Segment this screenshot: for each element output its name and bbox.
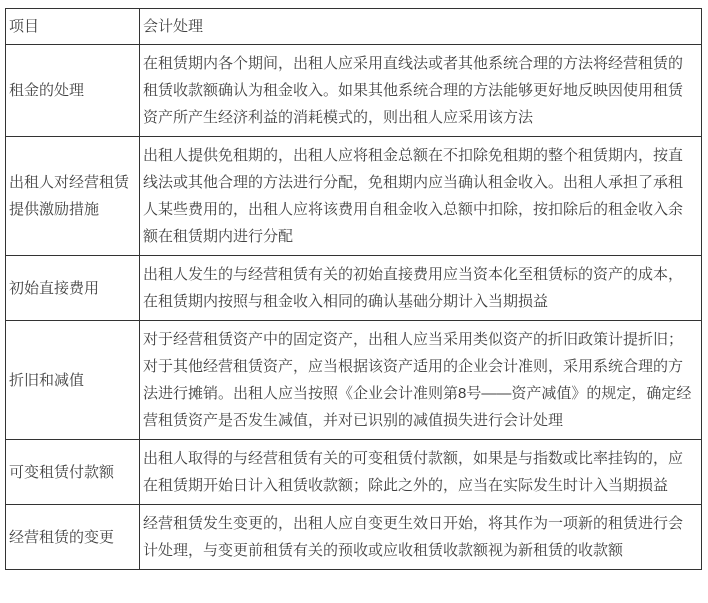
page: 项目 会计处理 租金的处理 在租赁期内各个期间，出租人应采用直线法或者其他系统合… bbox=[0, 0, 708, 603]
treatment-cell: 出租人取得的与经营租赁有关的可变租赁付款额，如果是与指数或比率挂钩的，应在租赁期… bbox=[140, 440, 702, 505]
table-row-lease-incentives: 出租人对经营租赁提供激励措施 出租人提供免租期的，出租人应将租金总额在不扣除免租… bbox=[6, 137, 702, 256]
table-row-initial-direct-costs: 初始直接费用 出租人发生的与经营租赁有关的初始直接费用应当资本化至租赁标的资产的… bbox=[6, 256, 702, 321]
treatment-cell: 对于经营租赁资产中的固定资产，出租人应当采用类似资产的折旧政策计提折旧；对于其他… bbox=[140, 321, 702, 440]
table-row-rent-treatment: 租金的处理 在租赁期内各个期间，出租人应采用直线法或者其他系统合理的方法将经营租… bbox=[6, 45, 702, 137]
table-row-depreciation-impairment: 折旧和减值 对于经营租赁资产中的固定资产，出租人应当采用类似资产的折旧政策计提折… bbox=[6, 321, 702, 440]
item-cell: 初始直接费用 bbox=[6, 256, 140, 321]
item-cell: 可变租赁付款额 bbox=[6, 440, 140, 505]
treatment-cell: 出租人发生的与经营租赁有关的初始直接费用应当资本化至租赁标的资产的成本，在租赁期… bbox=[140, 256, 702, 321]
table-row-lease-modification: 经营租赁的变更 经营租赁发生变更的，出租人应自变更生效日开始，将其作为一项新的租… bbox=[6, 505, 702, 570]
treatment-cell: 在租赁期内各个期间，出租人应采用直线法或者其他系统合理的方法将经营租赁的租赁收款… bbox=[140, 45, 702, 137]
operating-lease-lessor-table: 项目 会计处理 租金的处理 在租赁期内各个期间，出租人应采用直线法或者其他系统合… bbox=[5, 8, 702, 570]
treatment-cell: 出租人提供免租期的，出租人应将租金总额在不扣除免租期的整个租赁期内，按直线法或其… bbox=[140, 137, 702, 256]
table-header-row: 项目 会计处理 bbox=[6, 9, 702, 45]
item-cell: 出租人对经营租赁提供激励措施 bbox=[6, 137, 140, 256]
table-row-variable-lease-payments: 可变租赁付款额 出租人取得的与经营租赁有关的可变租赁付款额，如果是与指数或比率挂… bbox=[6, 440, 702, 505]
item-cell: 租金的处理 bbox=[6, 45, 140, 137]
column-header-item: 项目 bbox=[6, 9, 140, 45]
column-header-treatment: 会计处理 bbox=[140, 9, 702, 45]
treatment-cell: 经营租赁发生变更的，出租人应自变更生效日开始，将其作为一项新的租赁进行会计处理，… bbox=[140, 505, 702, 570]
item-cell: 经营租赁的变更 bbox=[6, 505, 140, 570]
item-cell: 折旧和减值 bbox=[6, 321, 140, 440]
